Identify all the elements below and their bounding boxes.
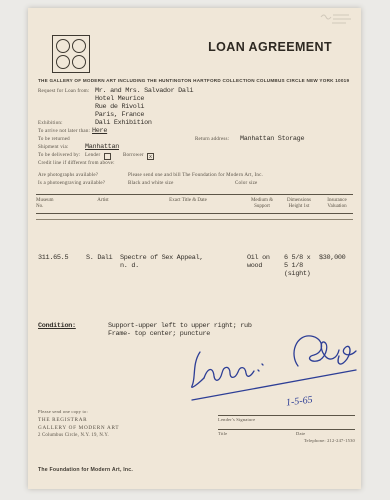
title-label: Title: [218, 431, 227, 436]
col-header-medium: Medium & Support: [241, 198, 283, 210]
salvador-dali-signature: [186, 326, 363, 414]
color-size-label: Color size: [235, 181, 257, 186]
delivered-by-label: To be delivered by:: [38, 153, 80, 158]
col-header-valuation: Insurance Valuation: [318, 198, 356, 210]
gallery-letterhead-line: THE GALLERY OF MODERN ART INCLUDING THE …: [38, 78, 349, 83]
arrive-label: To arrive not later than:: [38, 129, 90, 134]
document-title: LOAN AGREEMENT: [208, 40, 332, 54]
black-white-size-label: Black and white size: [128, 181, 174, 186]
photographs-billing-note: Please send one and bill The Foundation …: [128, 173, 263, 178]
logo-circle: [72, 39, 86, 53]
lender-option-label: Lender: [85, 153, 100, 158]
logo-circle: [56, 55, 70, 69]
table-header-rule: [36, 213, 353, 214]
col-header-dimensions: Dimensions Height 1st: [278, 198, 320, 210]
artwork-valuation: $30,000: [319, 254, 345, 262]
registrar-line: THE REGISTRAR: [38, 417, 87, 423]
to-be-returned-label: To be returned: [38, 137, 70, 142]
artwork-artist: S. Dali: [86, 254, 112, 262]
borrower-option-label: Borrower: [123, 153, 144, 158]
credit-line-label: Credit line if different from above:: [38, 161, 115, 166]
artwork-title-date: Spectre of Sex Appeal, n. d.: [120, 254, 242, 270]
lender-checkbox: [104, 153, 111, 160]
table-top-rule: [36, 194, 353, 195]
date-label: Date: [296, 431, 305, 436]
send-copy-note: Please send one copy to:: [38, 409, 88, 414]
photographs-available-question: Are photographs available?: [38, 173, 98, 178]
col-header-museum-no: Museum No.: [36, 198, 70, 210]
title-date-rule: [218, 429, 355, 430]
shipment-via-label: Shipment via:: [38, 145, 69, 150]
lenders-signature-label: Lender's Signature: [218, 417, 255, 422]
return-address-value: Manhattan Storage: [240, 135, 304, 143]
shipment-via-value: Manhattan: [85, 143, 119, 151]
loan-agreement-document: LOAN AGREEMENT THE GALLERY OF MODERN ART…: [28, 8, 361, 489]
artwork-museum-no: 311.65.5: [38, 254, 68, 262]
condition-label: Condition:: [38, 322, 76, 330]
pencil-notation-mark: [319, 11, 353, 27]
lender-name-address: Mr. and Mrs. Salvador Dali Hotel Meurice…: [95, 87, 193, 119]
exhibition-label: Exhibition:: [38, 121, 63, 126]
borrower-checkbox-checked: X: [147, 153, 154, 160]
artwork-dimensions: 6 5/8 x 5 1/8 (sight): [284, 254, 310, 278]
table-header-hairline: [36, 219, 353, 220]
col-header-artist: Artist: [78, 198, 128, 204]
exhibition-value: Dali Exhibition: [95, 119, 152, 127]
telephone-line: Telephone: 212-247-1530: [218, 438, 355, 443]
artwork-medium: Oil on wood: [247, 254, 270, 270]
gallery-four-circles-logo: [52, 35, 90, 73]
arrive-value: Here: [92, 127, 107, 135]
return-address-label: Return address:: [195, 137, 229, 142]
lenders-signature-rule: [218, 415, 355, 416]
gallery-name-line: GALLERY OF MODERN ART: [38, 425, 119, 431]
logo-circle: [56, 39, 70, 53]
col-header-title-date: Exact Title & Date: [128, 198, 248, 204]
request-for-loan-label: Request for Loan from:: [38, 89, 89, 94]
logo-circle: [72, 55, 86, 69]
photoengraving-question: Is a photoengraving available?: [38, 181, 105, 186]
gallery-address-line: 2 Columbus Circle, N.Y. 19, N.Y.: [38, 433, 109, 438]
foundation-footer-line: The Foundation for Modern Art, Inc.: [38, 467, 133, 473]
